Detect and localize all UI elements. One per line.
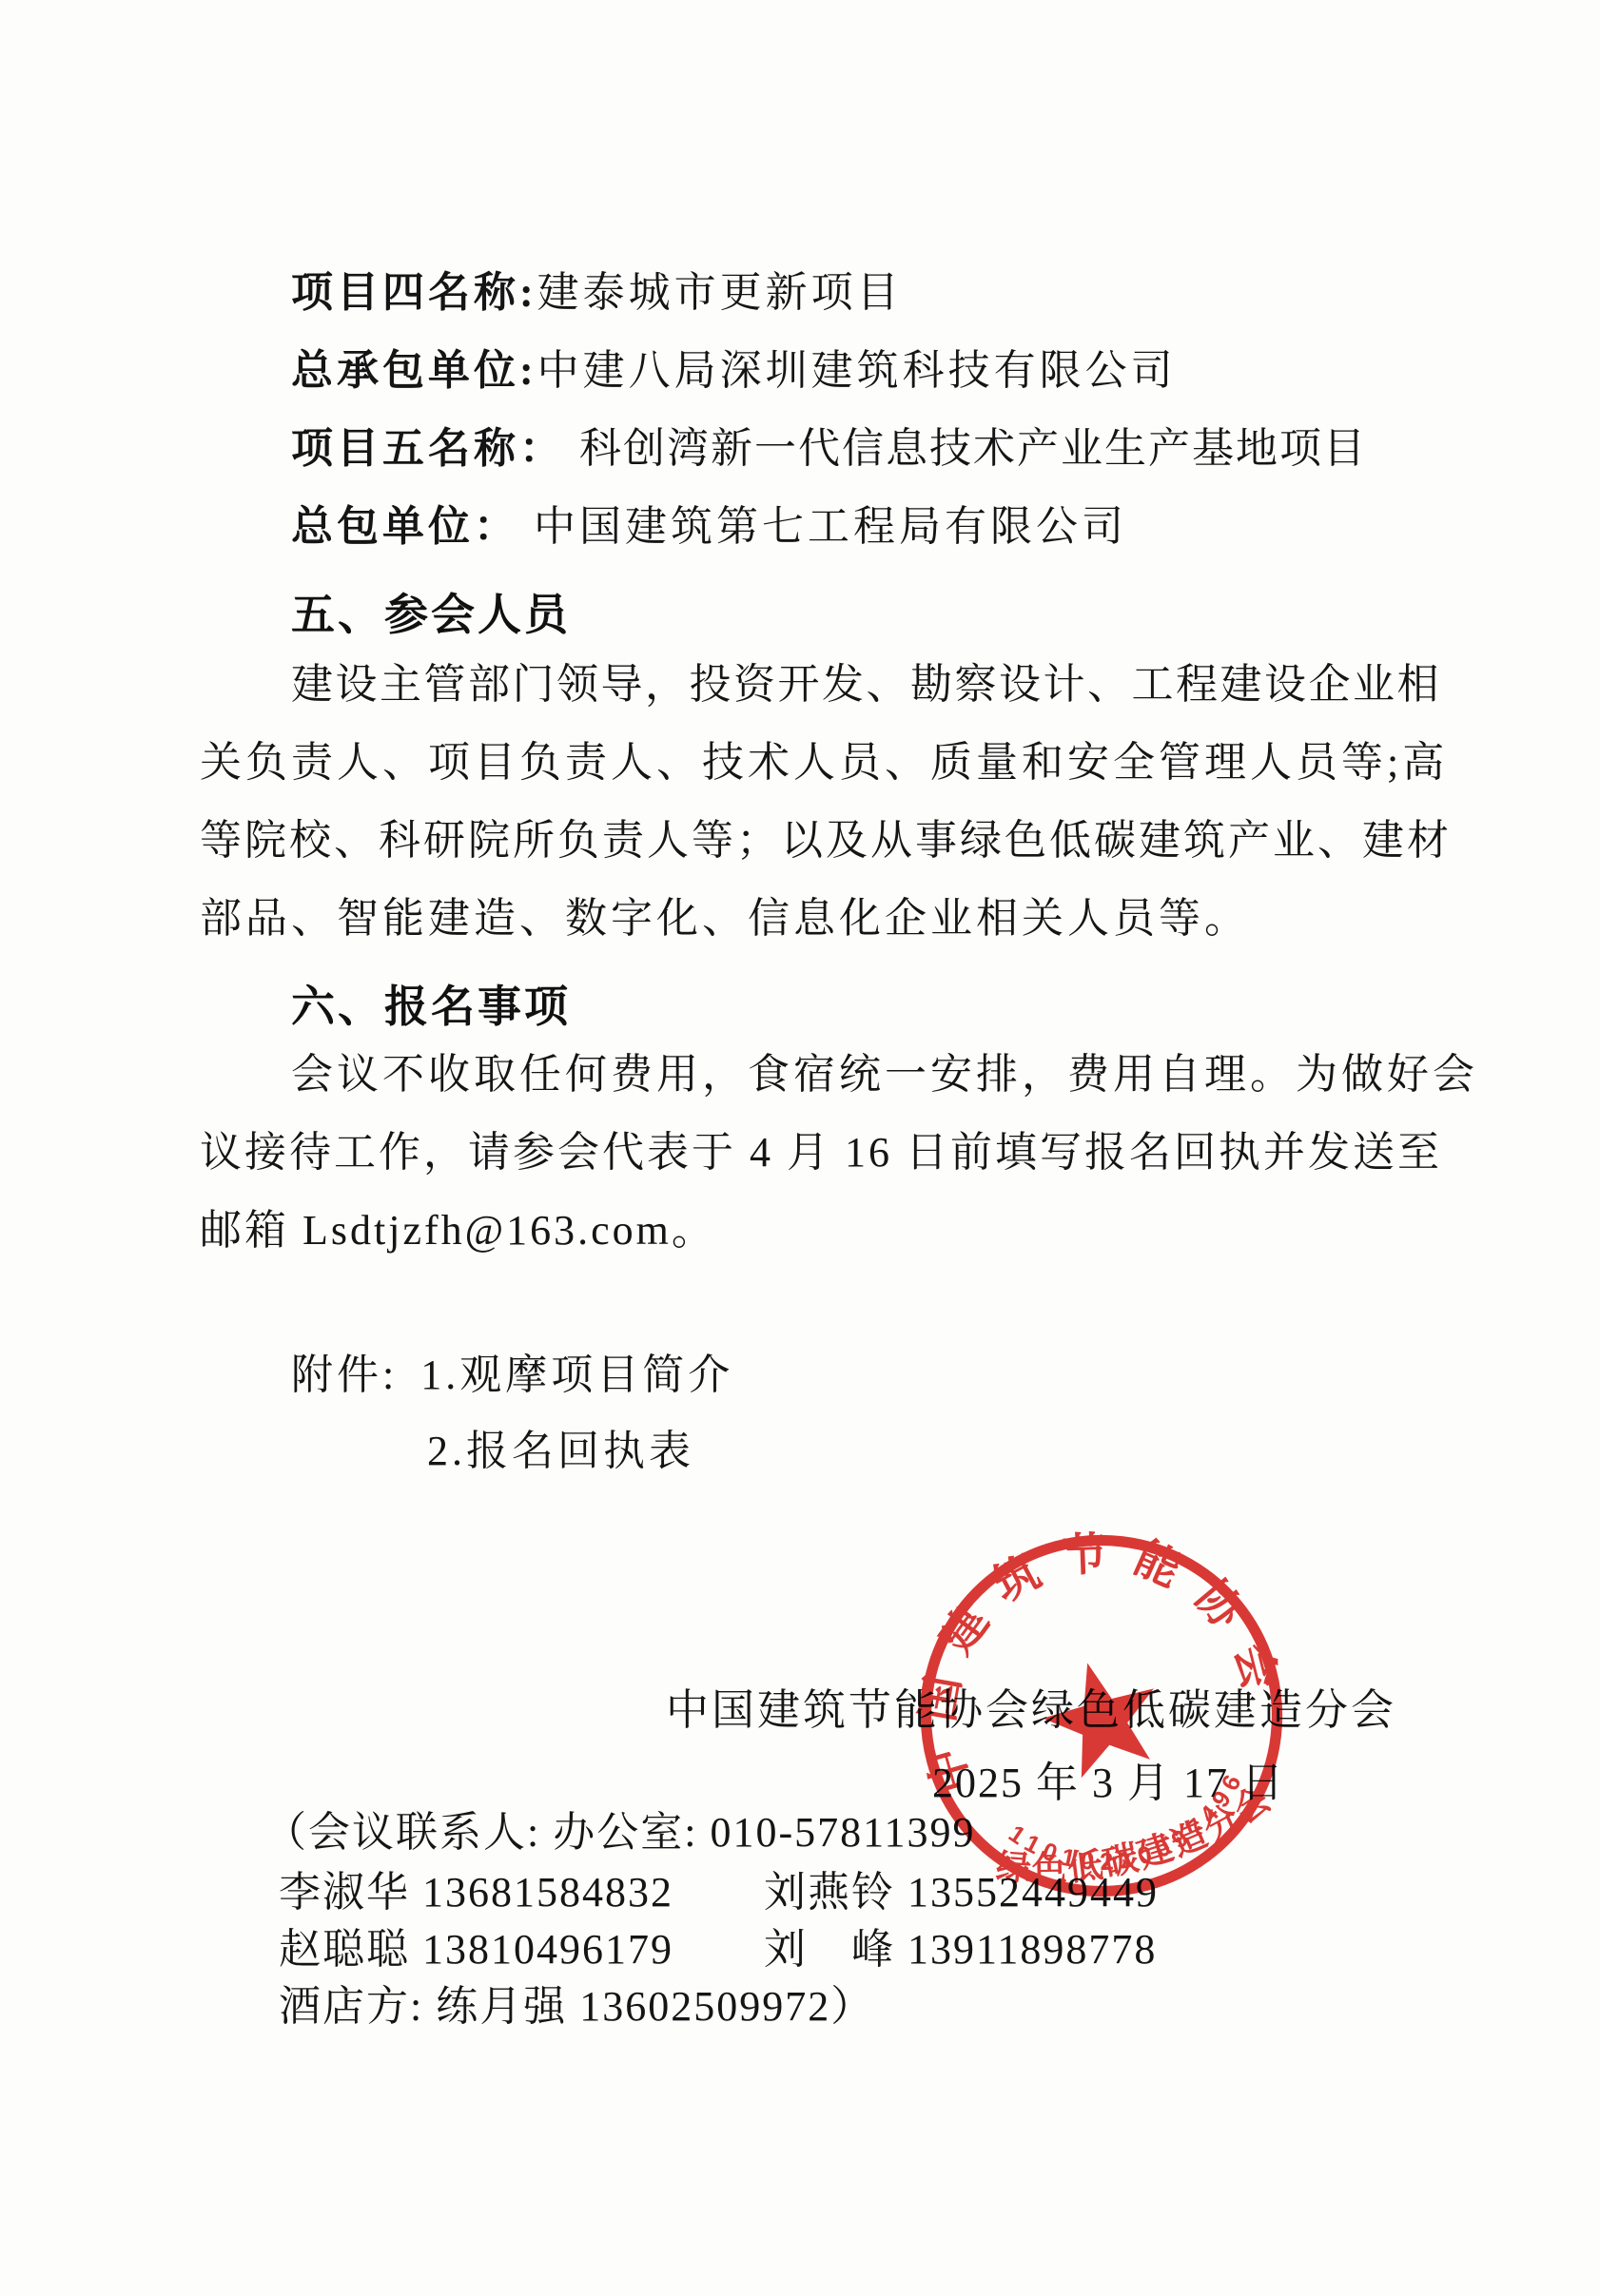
section6-text-line: 会议不收取任何费用，食宿统一安排，费用自理。为做好会 xyxy=(291,1050,1478,1099)
attachments-label: 附件: xyxy=(291,1352,398,1398)
section6-text-line: 议接待工作，请参会代表于 4 月 16 日前填写报名回执并发送至 xyxy=(200,1128,1442,1177)
section5-text-line: 关负责人、项目负责人、技术人员、质量和安全管理人员等;高 xyxy=(200,738,1448,788)
attachments-line: 附件:1.观摩项目简介 xyxy=(291,1351,733,1400)
project5-value: 科创湾新一代信息技术产业生产基地项目 xyxy=(579,425,1367,472)
contractor5-label: 总包单位： xyxy=(291,503,534,550)
section5-heading: 五、参会人员 xyxy=(291,580,571,643)
seal-star-icon xyxy=(1032,1648,1172,1783)
attachment-item: 2.报名回执表 xyxy=(427,1427,694,1476)
project4-label: 项目四名称: xyxy=(291,269,537,316)
project4-line: 项目四名称:建泰城市更新项目 xyxy=(291,268,903,318)
contact-line: 酒店方: 练月强 13602509972） xyxy=(279,1972,874,2033)
contractor4-line: 总承包单位:中建八局深圳建筑科技有限公司 xyxy=(291,346,1177,396)
section6-heading: 六、报名事项 xyxy=(291,972,571,1035)
project5-label: 项目五名称： xyxy=(291,425,579,472)
attachment-item: 1.观摩项目简介 xyxy=(420,1352,733,1398)
section6-text-line: 邮箱 Lsdtjzfh@163.com。 xyxy=(200,1206,716,1255)
document-page: 项目四名称:建泰城市更新项目 总承包单位:中建八局深圳建筑科技有限公司 项目五名… xyxy=(0,0,1600,2296)
section5-text-line: 等院校、科研院所负责人等；以及从事绿色低碳建筑产业、建材 xyxy=(200,816,1452,866)
contact-person: 赵聪聪 13810496179 xyxy=(279,1926,673,1973)
project5-line: 项目五名称： 科创湾新一代信息技术产业生产基地项目 xyxy=(291,424,1367,474)
contractor5-value: 中国建筑第七工程局有限公司 xyxy=(534,503,1127,550)
seal-org-arc-text: 中国建筑节能协会 xyxy=(873,1487,1290,1800)
section5-text-line: 建设主管部门领导，投资开发、勘察设计、工程建设企业相 xyxy=(291,660,1441,710)
contractor5-line: 总包单位： 中国建筑第七工程局有限公司 xyxy=(291,502,1127,552)
contractor4-label: 总承包单位: xyxy=(291,347,537,394)
section5-text-line: 部品、智能建造、数字化、信息化企业相关人员等。 xyxy=(200,894,1250,944)
official-seal: 中国建筑节能协会 绿色低碳建造分会 11010210097496 xyxy=(868,1482,1336,1950)
contact-person: 李淑华 13681584832 xyxy=(279,1869,673,1916)
project4-value: 建泰城市更新项目 xyxy=(537,269,903,316)
contractor4-value: 中建八局深圳建筑科技有限公司 xyxy=(537,347,1177,394)
